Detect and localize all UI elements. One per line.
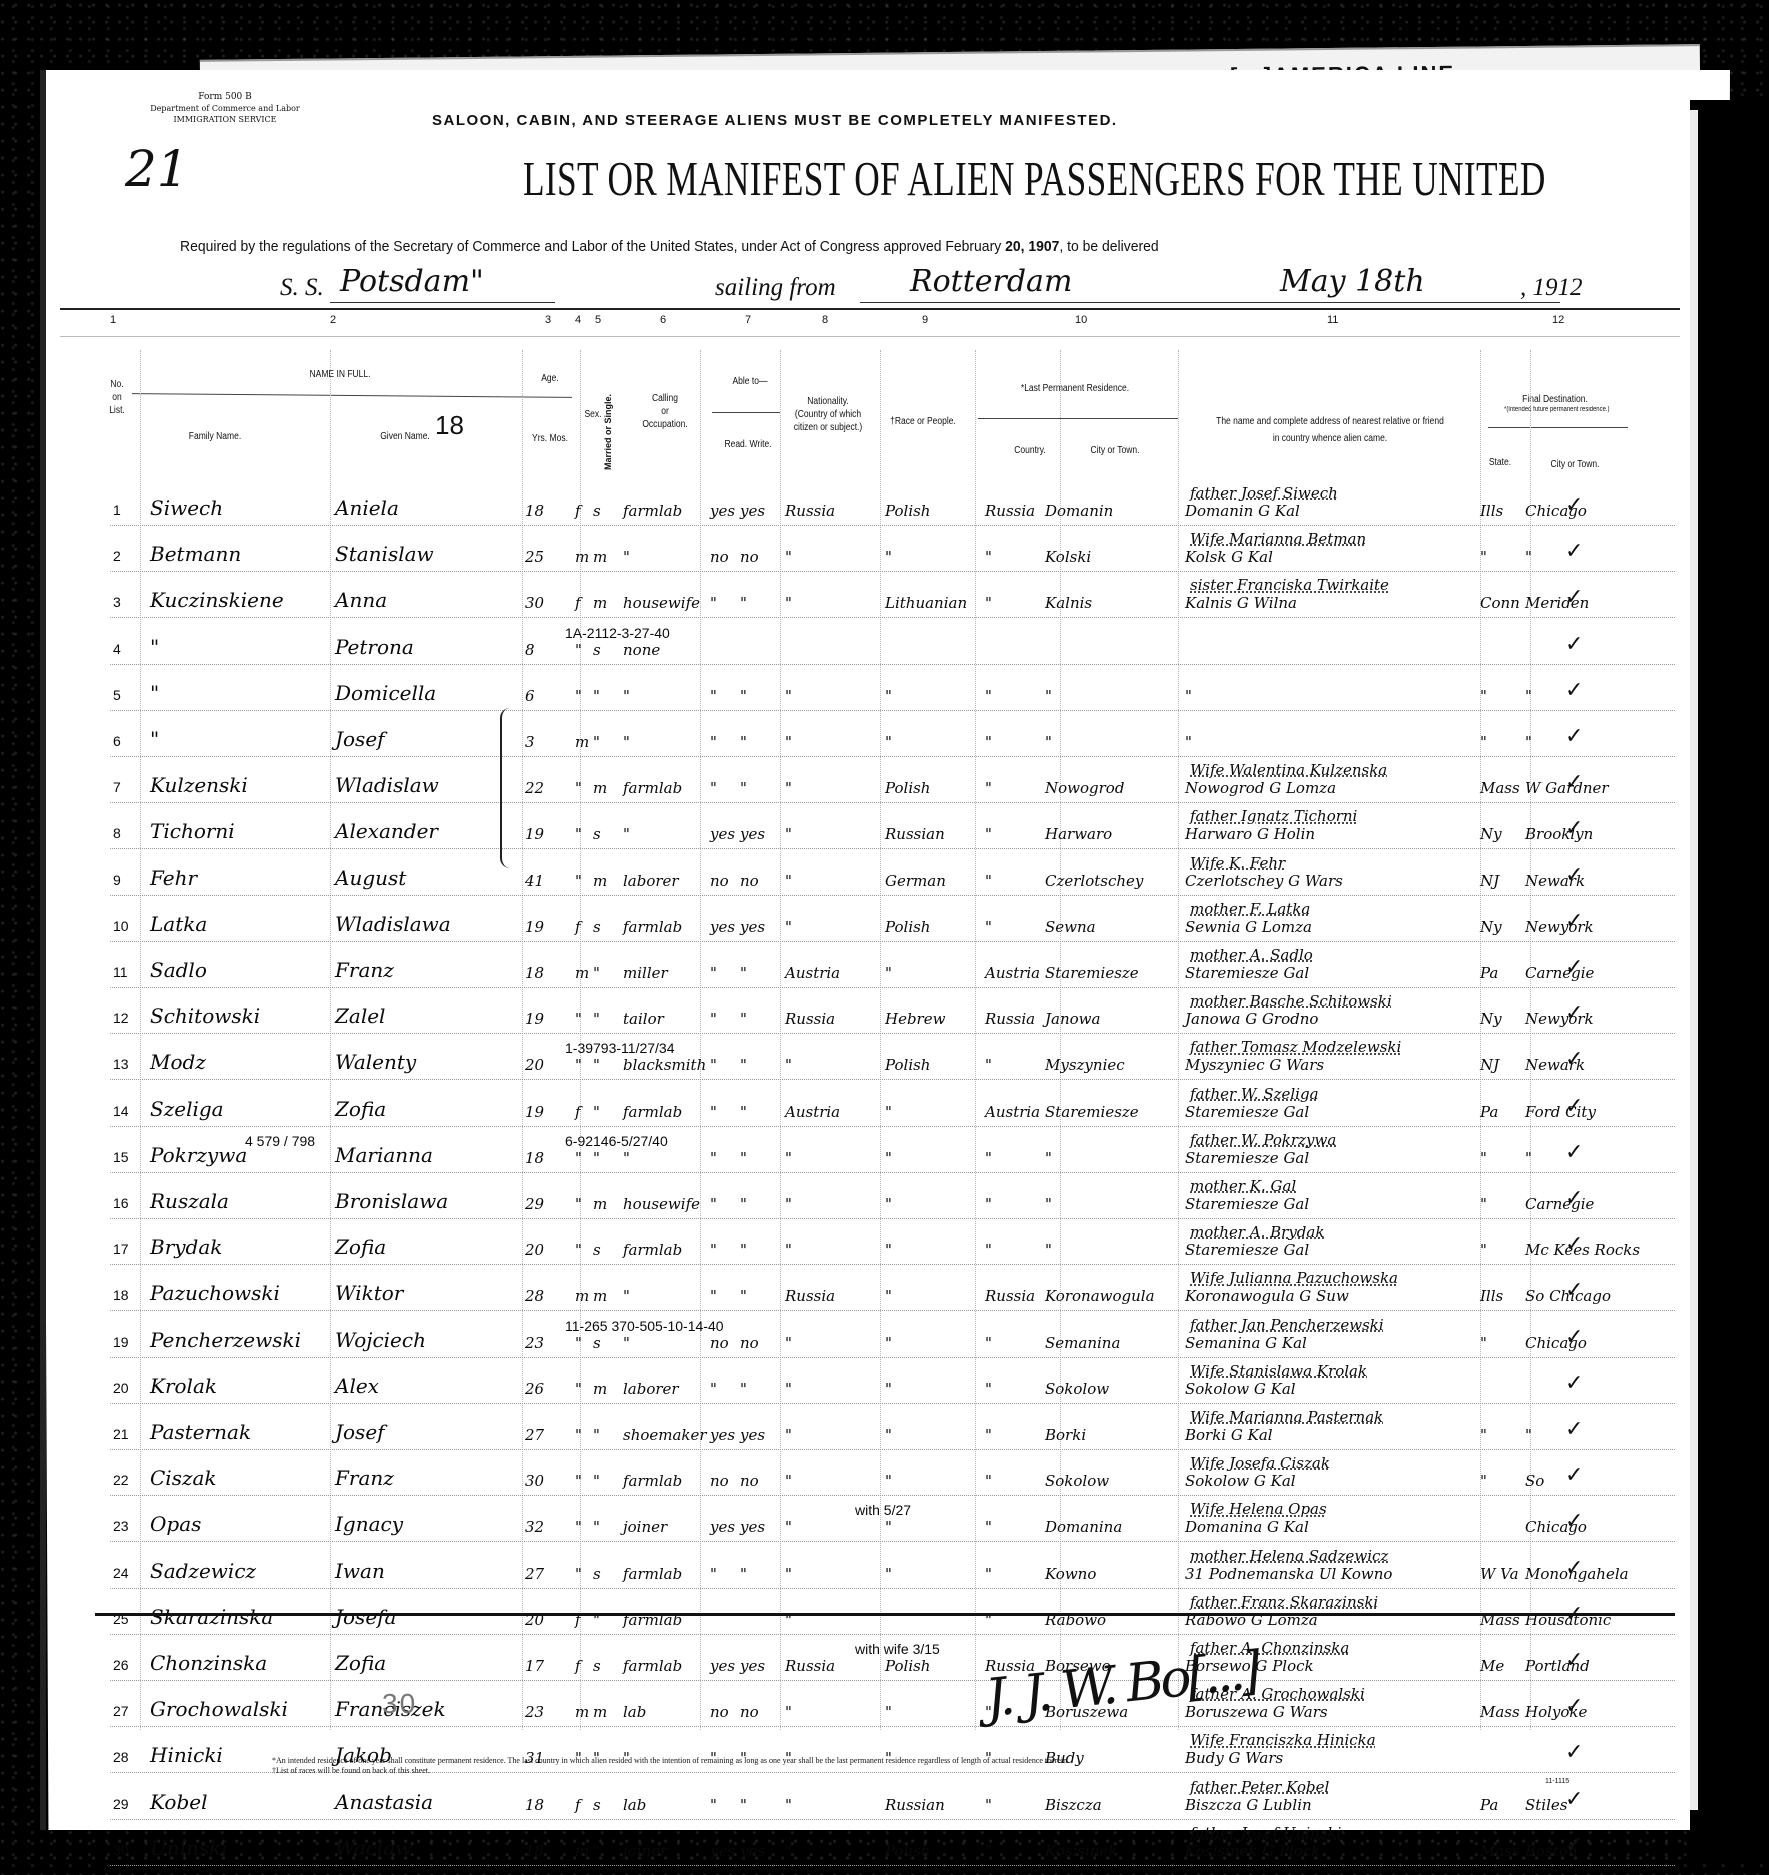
- can-read: no: [710, 548, 729, 566]
- age: 18: [525, 1842, 544, 1860]
- can-read: yes: [710, 1657, 735, 1675]
- can-write: yes: [740, 1842, 765, 1860]
- can-write: ": [740, 594, 747, 612]
- can-read: no: [710, 1703, 729, 1721]
- residence-country: Russia: [985, 502, 1035, 520]
- can-write: no: [740, 1472, 759, 1490]
- relative-address: ": [1185, 687, 1192, 705]
- marital-status: ": [593, 1103, 600, 1121]
- residence-country: ": [985, 1796, 992, 1814]
- occupation: shoemaker: [623, 1426, 707, 1444]
- occupation: farmlab: [623, 1565, 682, 1583]
- row-number: 3: [113, 594, 121, 610]
- age: 19: [525, 918, 544, 936]
- family-name: Schitowski: [150, 1004, 260, 1028]
- row-rule: [110, 1588, 1675, 1589]
- residence-country: ": [985, 1518, 992, 1536]
- residence-country: ": [985, 1565, 992, 1583]
- marital-status: ": [593, 733, 600, 751]
- relative-address: Staremiesze Gal: [1185, 1149, 1309, 1167]
- can-write: ": [740, 1195, 747, 1213]
- marital-status: ": [593, 1010, 600, 1028]
- given-name: Walenty: [335, 1050, 416, 1074]
- nationality: ": [785, 1472, 792, 1490]
- nationality: Austria: [785, 964, 840, 982]
- residence-city: Czerlotschey: [1045, 872, 1143, 890]
- nationality: ": [785, 1334, 792, 1352]
- race: ": [885, 1149, 892, 1167]
- given-name: Stanislaw: [335, 542, 434, 566]
- row-rule: [110, 1079, 1675, 1080]
- occupation: tailor: [623, 1010, 664, 1028]
- can-write: ": [740, 779, 747, 797]
- row-number: 23: [113, 1518, 129, 1534]
- relative-address: Janowa G Grodno: [1185, 1010, 1318, 1028]
- stacked-pages-edge: [1690, 110, 1698, 1810]
- scan-right-edge: [1690, 100, 1769, 1860]
- age: 41: [525, 872, 544, 890]
- race: ": [885, 1334, 892, 1352]
- race: ": [885, 1103, 892, 1121]
- row-rule: [110, 1310, 1675, 1311]
- row-rule: [110, 1357, 1675, 1358]
- can-read: ": [710, 779, 717, 797]
- ship-rule: [330, 302, 555, 303]
- dest-state: Conn: [1480, 594, 1520, 612]
- can-write: no: [740, 548, 759, 566]
- check-mark-icon: ✓: [1565, 1324, 1583, 1350]
- nationality: ": [785, 1518, 792, 1536]
- dest-state: Ny: [1480, 1010, 1502, 1028]
- sex: f: [575, 918, 581, 936]
- check-mark-icon: ✓: [1565, 1000, 1583, 1026]
- can-read: no: [710, 1472, 729, 1490]
- table-row: 21PasternakJosef27""shoemakeryesyes"""Bo…: [95, 1406, 1675, 1452]
- last-residence-header: *Last Permanent Residence.: [1011, 382, 1139, 395]
- family-name: ": [150, 681, 159, 705]
- column-number: 2: [330, 314, 336, 326]
- form-number: Form 500 B: [150, 92, 300, 103]
- row-number: 10: [113, 918, 129, 934]
- relative-name: sister Franciska Twirkaite: [1190, 576, 1389, 594]
- residence-city: Sokolow: [1045, 1380, 1109, 1398]
- occupation: laborer: [623, 1380, 679, 1398]
- voyage-line: S. S. Potsdam" sailing from Rotterdam Ma…: [280, 262, 1620, 310]
- nationality: ": [785, 1796, 792, 1814]
- can-write: ": [740, 1796, 747, 1814]
- final-destination-note: *(Intended future permanent residence.): [1504, 406, 1606, 414]
- table-row: 3KuczinskieneAnna30fmhousewife"""Lithuan…: [95, 574, 1675, 620]
- margin-annotation: 4 579 / 798: [245, 1133, 315, 1149]
- can-read: yes: [710, 825, 735, 843]
- sailing-from-label: sailing from: [715, 274, 836, 302]
- sex: m: [575, 1703, 589, 1721]
- given-name: Anna: [335, 588, 387, 612]
- age: 25: [525, 548, 544, 566]
- given-name: Wladislaw: [335, 773, 439, 797]
- name-in-full-header: NAME IN FULL.: [255, 368, 425, 381]
- occupation: blacksmith: [623, 1056, 706, 1074]
- check-mark-icon: ✓: [1565, 1462, 1583, 1488]
- residence-country: ": [985, 1149, 992, 1167]
- row-rule: [110, 617, 1675, 618]
- given-name: Zofia: [335, 1097, 386, 1121]
- can-read: ": [710, 1195, 717, 1213]
- nationality: ": [785, 733, 792, 751]
- port-rule: [860, 302, 1560, 303]
- row-number: 16: [113, 1195, 129, 1211]
- check-mark-icon: ✓: [1565, 1647, 1583, 1673]
- dest-state: Mass: [1480, 1703, 1520, 1721]
- nationality: ": [785, 1149, 792, 1167]
- residence-country: Russia: [985, 1010, 1035, 1028]
- can-read: ": [710, 964, 717, 982]
- race: Lithuanian: [885, 594, 967, 612]
- dest-state: ": [1480, 548, 1487, 566]
- family-name: Fehr: [150, 866, 197, 890]
- check-mark-icon: ✓: [1565, 723, 1583, 749]
- occupation: farmlab: [623, 1241, 682, 1259]
- manifest-note: SALOON, CABIN, AND STEERAGE ALIENS MUST …: [432, 112, 1118, 129]
- occupation: farmlab: [623, 1472, 682, 1490]
- table-row: 19PencherzewskiWojciech23"s"nono"""Seman…: [95, 1314, 1675, 1360]
- relative-name: Wife Marianna Betman: [1190, 530, 1366, 548]
- department: Department of Commerce and Labor: [150, 103, 300, 114]
- relative-name: mother K. Gal: [1190, 1177, 1296, 1195]
- relative-address: Domanin G Kal: [1185, 502, 1300, 520]
- relative-name: mother F. Latka: [1190, 900, 1310, 918]
- column-number: 10: [1075, 314, 1087, 326]
- sex: ": [575, 1056, 582, 1074]
- nationality: Russia: [785, 1657, 835, 1675]
- can-read: no: [710, 1334, 729, 1352]
- residence-city: Biszcza: [1045, 1796, 1102, 1814]
- residence-rule: [978, 418, 1178, 419]
- marital-status: m: [593, 1380, 607, 1398]
- can-write: ": [740, 1287, 747, 1305]
- occupation: miller: [623, 964, 668, 982]
- relative-name: father Ignatz Tichorni: [1190, 807, 1357, 825]
- column-number: 9: [922, 314, 928, 326]
- check-mark-icon: ✓: [1565, 1093, 1583, 1119]
- marital-status: ": [593, 1518, 600, 1536]
- family-name-header: Family Name.: [168, 430, 262, 443]
- race: ": [885, 1241, 892, 1259]
- check-mark-icon: ✓: [1565, 1601, 1583, 1627]
- dest-city: ": [1525, 1149, 1532, 1167]
- dest-city-header: City or Town.: [1545, 458, 1605, 471]
- table-row: 14SzeligaZofia19f"farmlab""Austria"Austr…: [95, 1083, 1675, 1129]
- nationality: ": [785, 918, 792, 936]
- check-mark-icon: ✓: [1565, 954, 1583, 980]
- family-name: Kobel: [150, 1790, 207, 1814]
- relative-address: Staremiesze Gal: [1185, 1195, 1309, 1213]
- relative-address: Domanina G Kal: [1185, 1518, 1309, 1536]
- check-mark-icon: ✓: [1565, 1139, 1583, 1165]
- can-write: yes: [740, 825, 765, 843]
- marital-status: m: [593, 594, 607, 612]
- given-name: Zofia: [335, 1651, 386, 1675]
- column-number: 8: [822, 314, 828, 326]
- residence-city: Harwaro: [1045, 825, 1112, 843]
- check-mark-icon: ✓: [1565, 1739, 1583, 1765]
- row-number: 24: [113, 1565, 129, 1581]
- given-name: Josefa: [335, 1605, 396, 1629]
- occupation: housewife: [623, 1195, 700, 1213]
- row-number: 5: [113, 687, 121, 703]
- nationality-header: Nationality. (Country of which citizen o…: [786, 395, 871, 434]
- table-row: 12SchitowskiZalel19""tailor""RussiaHebre…: [95, 990, 1675, 1036]
- occupation: farmlab: [623, 502, 682, 520]
- age-header: Age.: [533, 372, 567, 385]
- residence-country: Austria: [985, 1103, 1040, 1121]
- family-name: Pokrzywa: [150, 1143, 247, 1167]
- race: ": [885, 1472, 892, 1490]
- footnote-races: †List of races will be found on back of …: [272, 1766, 1069, 1776]
- race: Polish: [885, 1842, 930, 1860]
- dest-city: Stiles: [1525, 1796, 1567, 1814]
- sex: ": [575, 1195, 582, 1213]
- dest-state: ": [1480, 1472, 1487, 1490]
- ss-label: S. S.: [280, 274, 324, 302]
- residence-country: ": [985, 825, 992, 843]
- residence-city: Domanina: [1045, 1518, 1122, 1536]
- residence-country: ": [985, 1842, 992, 1860]
- row-rule: [110, 756, 1675, 757]
- can-read: ": [710, 1287, 717, 1305]
- residence-country: ": [985, 779, 992, 797]
- sex: f: [575, 1796, 581, 1814]
- residence-city: Kowno: [1045, 1565, 1096, 1583]
- check-mark-icon: ✓: [1565, 908, 1583, 934]
- given-name: Zalel: [335, 1004, 385, 1028]
- dest-city: ": [1525, 548, 1532, 566]
- age: 23: [525, 1334, 544, 1352]
- can-write: ": [740, 1149, 747, 1167]
- sex: f: [575, 594, 581, 612]
- row-number: 4: [113, 641, 121, 657]
- table-row: 4"Petrona8"snone1A-2112-3-27-40✓: [95, 621, 1675, 667]
- marital-status: m: [593, 548, 607, 566]
- table-row: 6"Josef3m"""""""""""✓: [95, 713, 1675, 759]
- age: 18: [525, 1796, 544, 1814]
- table-row: 23OpasIgnacy32""joineryesyes"""DomaninaD…: [95, 1498, 1675, 1544]
- can-write: ": [740, 1380, 747, 1398]
- marital-status: ": [593, 1842, 600, 1860]
- service: IMMIGRATION SERVICE: [150, 114, 300, 125]
- occupation: farmlab: [623, 1611, 682, 1629]
- row-number: 6: [113, 733, 121, 749]
- sex: ": [575, 1472, 582, 1490]
- sex-header: Sex.: [580, 408, 606, 421]
- given-name: Anastasia: [335, 1790, 433, 1814]
- family-name: Krolak: [150, 1374, 217, 1398]
- row-number: 27: [113, 1703, 129, 1719]
- given-name: Alexander: [335, 819, 438, 843]
- relative-name: father Peter Kobel: [1190, 1778, 1329, 1796]
- residence-city: Myszyniec: [1045, 1056, 1125, 1074]
- age: 20: [525, 1611, 544, 1629]
- occupation: farmlab: [623, 1657, 682, 1675]
- port-name: Rotterdam: [910, 264, 1072, 299]
- annotation: 1A-2112-3-27-40: [565, 625, 670, 641]
- marital-status: ": [593, 964, 600, 982]
- relative-address: Kosisinek G Plock: [1185, 1842, 1320, 1860]
- relative-name: Wife K. Fehr: [1190, 854, 1285, 872]
- nationality: Russia: [785, 502, 835, 520]
- relative-name: Wife Julianna Pazuchowska: [1190, 1269, 1398, 1287]
- can-write: ": [740, 1056, 747, 1074]
- sex: f: [575, 1611, 581, 1629]
- dest-city: ": [1525, 1426, 1532, 1444]
- sailing-date: May 18th: [1280, 264, 1425, 299]
- can-write: yes: [740, 918, 765, 936]
- given-name: Wojciech: [335, 1328, 426, 1352]
- table-row: 30UninskiWaclaw18m"joineryesyes"Polish"K…: [95, 1822, 1675, 1868]
- can-write: yes: [740, 1426, 765, 1444]
- row-number: 12: [113, 1010, 129, 1026]
- row-number: 1: [113, 502, 121, 518]
- table-row: 29KobelAnastasia18fslab"""Russian"Biszcz…: [95, 1776, 1675, 1822]
- marital-status: s: [593, 1241, 601, 1259]
- check-mark-icon: ✓: [1565, 584, 1583, 610]
- check-mark-icon: ✓: [1565, 631, 1583, 657]
- can-read: no: [710, 872, 729, 890]
- subtitle-date: 20, 1907: [1005, 238, 1059, 255]
- residence-city: ": [1045, 1149, 1052, 1167]
- sex: m: [575, 1287, 589, 1305]
- race: Polish: [885, 779, 930, 797]
- given-name-header: Given Name.: [367, 430, 444, 443]
- family-name: ": [150, 727, 159, 751]
- check-mark-icon: ✓: [1565, 1277, 1583, 1303]
- row-number: 19: [113, 1334, 129, 1350]
- row-rule: [110, 1541, 1675, 1542]
- can-write: yes: [740, 1518, 765, 1536]
- given-name: Franz: [335, 958, 394, 982]
- given-name: Alex: [335, 1374, 379, 1398]
- dest-state: ": [1480, 1334, 1487, 1352]
- age: 3: [525, 733, 535, 751]
- row-number: 13: [113, 1056, 129, 1072]
- occupation: joiner: [623, 1518, 667, 1536]
- given-name: August: [335, 866, 406, 890]
- family-bracket: [500, 708, 510, 868]
- row-rule: [110, 1865, 1675, 1866]
- no-on-list-header: No. on List.: [104, 378, 130, 417]
- sex: ": [575, 825, 582, 843]
- relative-name: Wife Marianna Pasternak: [1190, 1408, 1383, 1426]
- sex: ": [575, 687, 582, 705]
- relative-name: father Josef Uninski: [1190, 1824, 1341, 1842]
- nationality: ": [785, 779, 792, 797]
- can-write: ": [740, 1103, 747, 1121]
- table-row: 13ModzWalenty20""blacksmith"""Polish"Mys…: [95, 1036, 1675, 1082]
- marital-status: ": [593, 1611, 600, 1629]
- header-rule-top: [60, 308, 1680, 310]
- race: Polish: [885, 502, 930, 520]
- row-rule: [110, 1634, 1675, 1635]
- able-to-rule: [712, 412, 780, 413]
- table-row: 27GrochowalskiFranciszek23mmlabnono"""Bo…: [95, 1683, 1675, 1729]
- header-rule-mid: [60, 336, 1680, 337]
- row-rule: [110, 1218, 1675, 1219]
- column-number: 3: [545, 314, 551, 326]
- check-mark-icon: ✓: [1565, 1508, 1583, 1534]
- residence-country: ": [985, 1426, 992, 1444]
- nationality: ": [785, 1426, 792, 1444]
- occupation: housewife: [623, 594, 700, 612]
- married-single-header: Married or Single.: [603, 394, 613, 470]
- residence-city: Kolski: [1045, 548, 1091, 566]
- check-mark-icon: ✓: [1565, 1555, 1583, 1581]
- can-read: yes: [710, 918, 735, 936]
- check-mark-icon: ✓: [1565, 677, 1583, 703]
- occupation: laborer: [623, 872, 679, 890]
- form-identifier: Form 500 B Department of Commerce and La…: [150, 92, 300, 125]
- check-mark-icon: ✓: [1565, 1416, 1583, 1442]
- family-name: Latka: [150, 912, 207, 936]
- residence-country: ": [985, 687, 992, 705]
- row-number: 29: [113, 1796, 129, 1812]
- given-name: Wladislawa: [335, 912, 451, 936]
- dest-state: Me: [1480, 1657, 1504, 1675]
- residence-city: Kosisinek: [1045, 1842, 1117, 1860]
- dest-state: Mass: [1480, 779, 1520, 797]
- table-row: 16RuszalaBronislawa29"mhousewife""""""St…: [95, 1175, 1675, 1221]
- race: ": [885, 1426, 892, 1444]
- row-rule: [110, 895, 1675, 896]
- residence-country: ": [985, 1056, 992, 1074]
- relative-name: Wife Josefa Ciszak: [1190, 1454, 1330, 1472]
- annotation: 1-39793-11/27/34: [565, 1040, 675, 1056]
- sex: ": [575, 641, 582, 659]
- race: Polish: [885, 918, 930, 936]
- row-number: 22: [113, 1472, 129, 1488]
- dest-state: NJ: [1480, 1056, 1499, 1074]
- nationality: ": [785, 1703, 792, 1721]
- nationality: ": [785, 872, 792, 890]
- family-name: Grochowalski: [150, 1697, 288, 1721]
- marital-status: s: [593, 918, 601, 936]
- relative-name: father W. Pokrzywa: [1190, 1131, 1336, 1149]
- check-mark-icon: ✓: [1565, 1046, 1583, 1072]
- family-name: Siwech: [150, 496, 223, 520]
- final-destination-header: Final Destination.: [1500, 393, 1611, 406]
- table-row: 5"Domicella6""""""""""""✓: [95, 667, 1675, 713]
- can-read: ": [710, 1380, 717, 1398]
- check-mark-icon: ✓: [1565, 1185, 1583, 1211]
- nationality: ": [785, 1380, 792, 1398]
- row-number: 9: [113, 872, 121, 888]
- marital-status: m: [593, 1195, 607, 1213]
- residence-country: ": [985, 918, 992, 936]
- table-row: 25SkarazinskaJosefa20f"farmlab""RabowoRa…: [95, 1591, 1675, 1637]
- relative-name: mother Helena Sadzewicz: [1190, 1547, 1388, 1565]
- race: Russian: [885, 825, 945, 843]
- age: 19: [525, 825, 544, 843]
- age: 17: [525, 1657, 544, 1675]
- column-number: 4: [575, 314, 581, 326]
- family-name: Opas: [150, 1512, 201, 1536]
- relative-name: Wife Helena Opas: [1190, 1500, 1327, 1518]
- occupation: ": [623, 1334, 630, 1352]
- family-name: Pencherzewski: [150, 1328, 301, 1352]
- age: 8: [525, 641, 535, 659]
- total-stamp: 30: [382, 1688, 417, 1720]
- family-name: Uninski: [150, 1836, 228, 1860]
- nationality: ": [785, 1056, 792, 1074]
